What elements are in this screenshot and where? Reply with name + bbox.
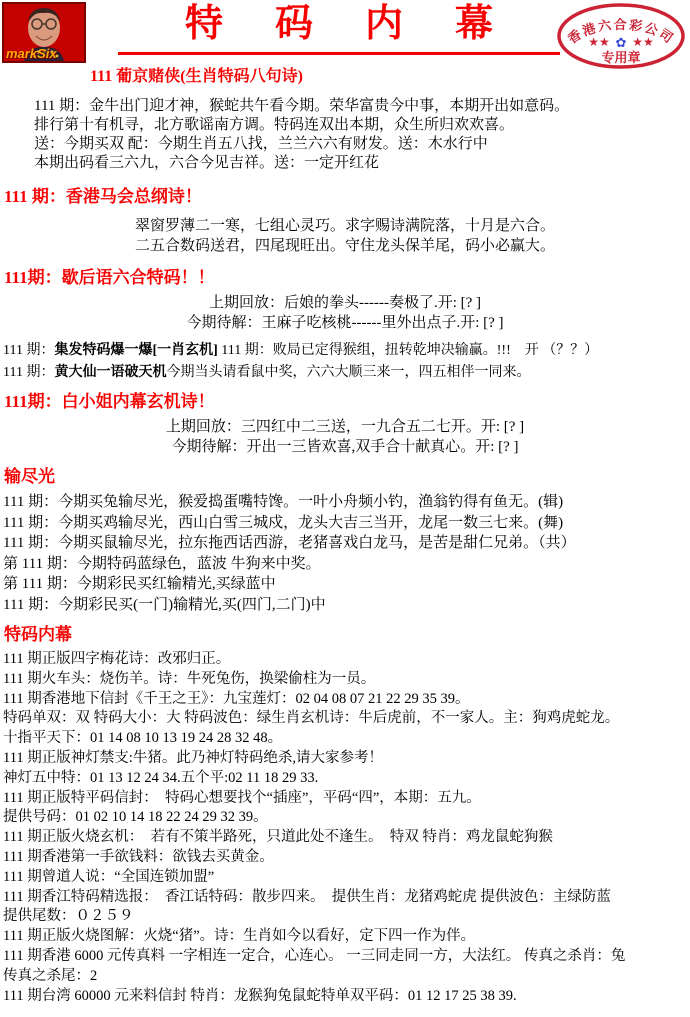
tip-rest: 今期当头请看鼠中奖，六六大顺三来一，四五相伴一同来。	[166, 365, 530, 380]
riddle-line: 上期回放：三四红中二三送，一九合五二七开。开: [? ]	[0, 417, 690, 437]
tip-line: 111 期火车头：烧伤羊。诗：牛死兔伤，换梁偷柱为一员。	[3, 670, 690, 690]
poem-line: 二五合数码送君，四尾现旺出。守住龙头保羊尾，码小必赢大。	[0, 236, 690, 256]
tip-line: 特码单双：双 特码大小：大 特码波色：绿生肖玄机诗：牛后虎前，不一家人。主：狗鸡…	[3, 709, 690, 729]
section-xiehouyu: 111期：歇后语六合特码！！ 上期回放：后娘的拳头------奏极了.开: [?…	[0, 267, 690, 333]
stamp-bottom-text: 专用章	[601, 50, 640, 65]
poem-line: 排行第十有机寻，北方歌谣南方调。特码连双出本期，众生所归欢欢喜。	[34, 116, 690, 135]
poem-line: 111 期：金牛出门迎才神，猴蛇共午看今期。荣华富贵今中事，本期开出如意码。	[34, 97, 690, 116]
poem-line: 送：今期买双 配：今期生肖五八找，兰兰六六有财发。送：木水行中	[34, 135, 690, 154]
tip-prefix: 111 期：	[3, 343, 54, 358]
marksix-logo: markSix	[2, 2, 86, 63]
tip-line: 111 期香江特码精选报： 香江话特码：散步四来。 提供生肖：龙猪鸡蛇虎 提供波…	[3, 888, 690, 908]
tip-line: 111 期香港 6000 元传真料 一字相连一定合，心连心。 一三同走同一方，大…	[3, 947, 690, 967]
company-stamp-icon: 香港六合彩公司 ★★ ✿ ★★ 专用章	[554, 0, 688, 70]
tip-line: 111 期台湾 60000 元来料信封 特肖：龙猴狗兔鼠蛇特单双平码：01 12…	[3, 987, 690, 1007]
riddle-line: 今期待解：王麻子吃核桃------里外出点子.开: [? ]	[0, 313, 690, 333]
riddle-line: 今期待解：开出一三皆欢喜,双手合十献真心。开: [? ]	[0, 437, 690, 457]
tip-prefix: 111 期：	[3, 365, 54, 380]
tip-bold-text: 集发特码爆一爆[一肖玄机]	[54, 343, 217, 358]
section-title: 特码内幕	[4, 624, 690, 646]
poem-line: 翠窗罗薄二一寒，七组心灵巧。求字赐诗满院落，十月是六合。	[0, 216, 690, 236]
tip-line: 111 期香港地下信封《千王之王》：九宝莲灯：02 04 08 07 21 22…	[3, 690, 690, 710]
tip-line: 第 111 期：今期特码蓝绿色，蓝波 牛狗来中奖。	[3, 554, 690, 575]
poem-line: 本期出码看三六九，六合今见吉祥。送：一定开红花	[34, 154, 690, 173]
tip-line: 111 期曾道人说：“全国连锁加盟”	[3, 868, 690, 888]
section-zonggang-poem: 111 期：香港马会总纲诗！ 翠窗罗薄二一寒，七组心灵巧。求字赐诗满院落，十月是…	[0, 186, 690, 256]
tip-line: 111 期正版四字梅花诗：改邪归正。	[3, 650, 690, 670]
tip-line: 111 期香港第一手欲钱料：欲钱去买黄金。	[3, 848, 690, 868]
tip-line: 十指平天下：01 14 08 10 13 19 24 28 32 48。	[3, 729, 690, 749]
section-jifa-huangdaxian: 111 期：集发特码爆一爆[一肖玄机] 111 期：败局已定得猴组，扭转乾坤决输…	[0, 340, 690, 384]
tip-line: 111 期：黄大仙一语破天机今期当头请看鼠中奖，六六大顺三来一，四五相伴一同来。	[3, 362, 690, 384]
stamp-flower-icon: ✿	[616, 35, 627, 50]
stamp-stars-right: ★★	[632, 35, 654, 49]
section-temaneimu: 特码内幕 111 期正版四字梅花诗：改邪归正。 111 期火车头：烧伤羊。诗：牛…	[0, 624, 690, 1006]
section-title: 111期：歇后语六合特码！！	[4, 267, 690, 289]
tip-sheet-page: markSix 特码内幕 香港六合彩公司 ★★ ✿ ★★ 专用章 111 葡京赌…	[0, 0, 690, 1017]
tip-line: 111 期正版火烧图解：火烧“猪”。诗：生肖如今以看好，定下四一作为伴。	[3, 927, 690, 947]
tip-line: 111 期：集发特码爆一爆[一肖玄机] 111 期：败局已定得猴组，扭转乾坤决输…	[3, 340, 690, 362]
marksix-brand-text: markSix	[6, 46, 57, 61]
page-header: markSix 特码内幕 香港六合彩公司 ★★ ✿ ★★ 专用章	[0, 0, 690, 64]
section-shujinguang: 输尽光 111 期：今期买兔输尽光，猴爱捣蛋嘴特馋。一叶小舟频小钓，渔翁钓得有鱼…	[0, 466, 690, 615]
tip-line: 111 期正版火烧玄机： 若有不策半路死，只道此处不逢生。 特双 特肖：鸡龙鼠蛇…	[3, 828, 690, 848]
tip-line: 111 期：今期买鸡输尽光，西山白雪三城戍，龙头大吉三当开，龙尾一数三七来。(舞…	[3, 513, 690, 534]
tip-line: 神灯五中特：01 13 12 24 34.五个平:02 11 18 29 33.	[3, 769, 690, 789]
tip-line: 传真之杀尾：2	[3, 967, 690, 987]
stamp-stars-left: ★★	[588, 35, 610, 49]
tip-line: 111 期：今期买兔输尽光，猴爱捣蛋嘴特馋。一叶小舟频小钓，渔翁钓得有鱼无。(辑…	[3, 492, 690, 513]
section-title: 输尽光	[4, 466, 690, 488]
tip-line: 111 期正版特平码信封： 特码心想要找个“插座”，平码“四”，本期：五九。	[3, 789, 690, 809]
company-stamp: 香港六合彩公司 ★★ ✿ ★★ 专用章	[554, 0, 688, 70]
tip-bold-text: 黄大仙一语破天机	[54, 365, 166, 380]
tip-line: 111 期：今期买鼠输尽光，拉东拖西话西游，老猪喜戏白龙马，是苦是甜仁兄弟。（共…	[3, 533, 690, 554]
riddle-line: 上期回放：后娘的拳头------奏极了.开: [? ]	[0, 293, 690, 313]
tip-line: 提供尾数：０２５９	[3, 907, 690, 927]
tip-line: 提供号码：01 02 10 14 18 22 24 29 32 39。	[3, 808, 690, 828]
tip-line: 第 111 期：今期彩民买红输精光,买绿蓝中	[3, 574, 690, 595]
tip-line: 111 期：今期彩民买(一门)输精光,买(四门,二门)中	[3, 595, 690, 616]
section-pujing-dixia: 111 葡京赌侠(生肖特码八句诗) 111 期：金牛出门迎才神，猴蛇共午看今期。…	[0, 66, 690, 173]
section-title: 111期：白小姐内幕玄机诗！	[4, 391, 690, 413]
section-title: 111 期：香港马会总纲诗！	[4, 186, 690, 208]
tip-rest: 111 期：败局已定得猴组，扭转乾坤决输赢。!!! 开 （？？）	[218, 343, 598, 358]
tip-line: 111 期正版神灯禁支:牛猪。此乃神灯特码绝杀,请大家参考！	[3, 749, 690, 769]
page-title: 特码内幕	[118, 2, 560, 55]
section-baixiaojie: 111期：白小姐内幕玄机诗！ 上期回放：三四红中二三送，一九合五二七开。开: […	[0, 391, 690, 457]
